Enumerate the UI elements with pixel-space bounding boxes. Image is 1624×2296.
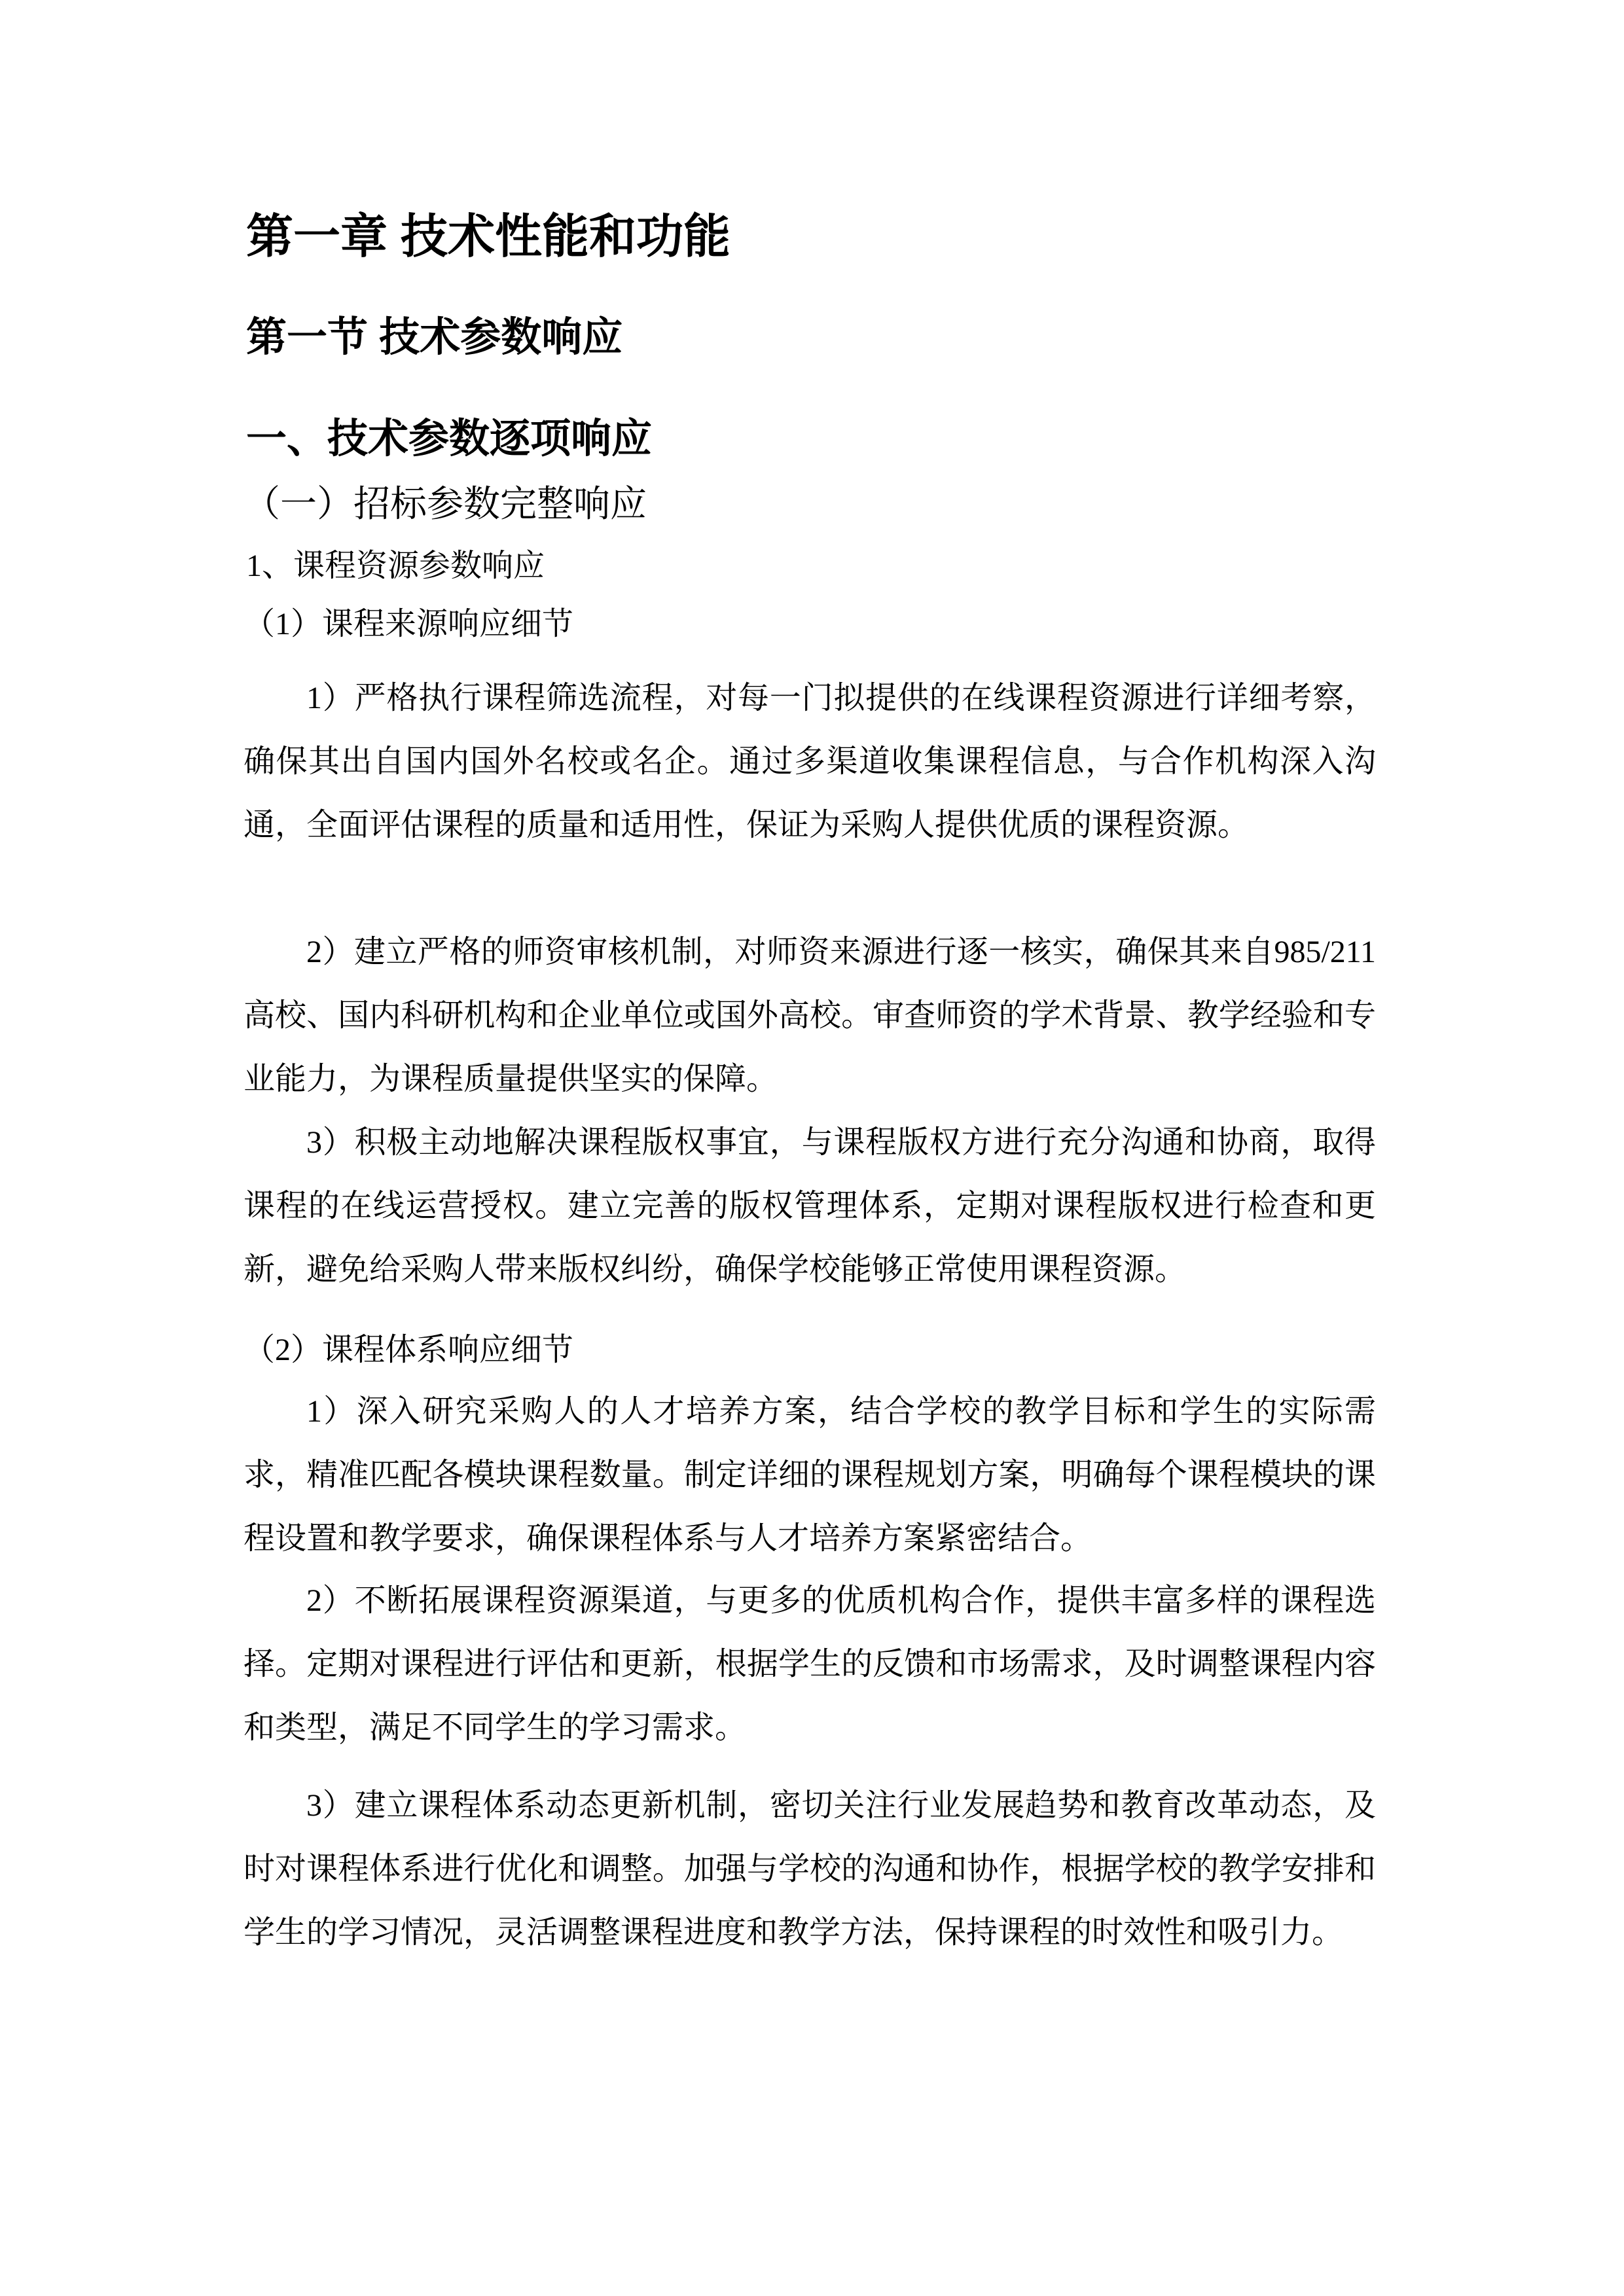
- course-system-paragraph-2: 2）不断拓展课程资源渠道，与更多的优质机构合作，提供丰富多样的课程选择。定期对课…: [244, 1569, 1376, 1759]
- course-source-paragraph-1: 1）严格执行课程筛选流程，对每一门拟提供的在线课程资源进行详细考察，确保其出自国…: [244, 666, 1376, 857]
- section-title: 第一节 技术参数响应: [246, 309, 623, 367]
- course-source-paragraph-3: 3）积极主动地解决课程版权事宜，与课程版权方进行充分沟通和协商，取得课程的在线运…: [244, 1111, 1376, 1301]
- subsection-title: （一）招标参数完整响应: [244, 480, 647, 529]
- course-system-paragraph-3: 3）建立课程体系动态更新机制，密切关注行业发展趋势和教育改革动态，及时对课程体系…: [244, 1774, 1376, 1964]
- chapter-title: 第一章 技术性能和功能: [246, 204, 731, 270]
- course-system-paragraph-1: 1）深入研究采购人的人才培养方案，结合学校的教学目标和学生的实际需求，精准匹配各…: [244, 1380, 1376, 1570]
- course-source-paragraph-2: 2）建立严格的师资审核机制，对师资来源进行逐一核实，确保其来自985/211高校…: [244, 920, 1376, 1111]
- numbered-heading: 1、课程资源参数响应: [246, 545, 545, 588]
- course-system-heading: （2）课程体系响应细节: [244, 1329, 573, 1372]
- course-source-heading: （1）课程来源响应细节: [244, 603, 573, 646]
- item-title: 一、技术参数逐项响应: [246, 410, 652, 468]
